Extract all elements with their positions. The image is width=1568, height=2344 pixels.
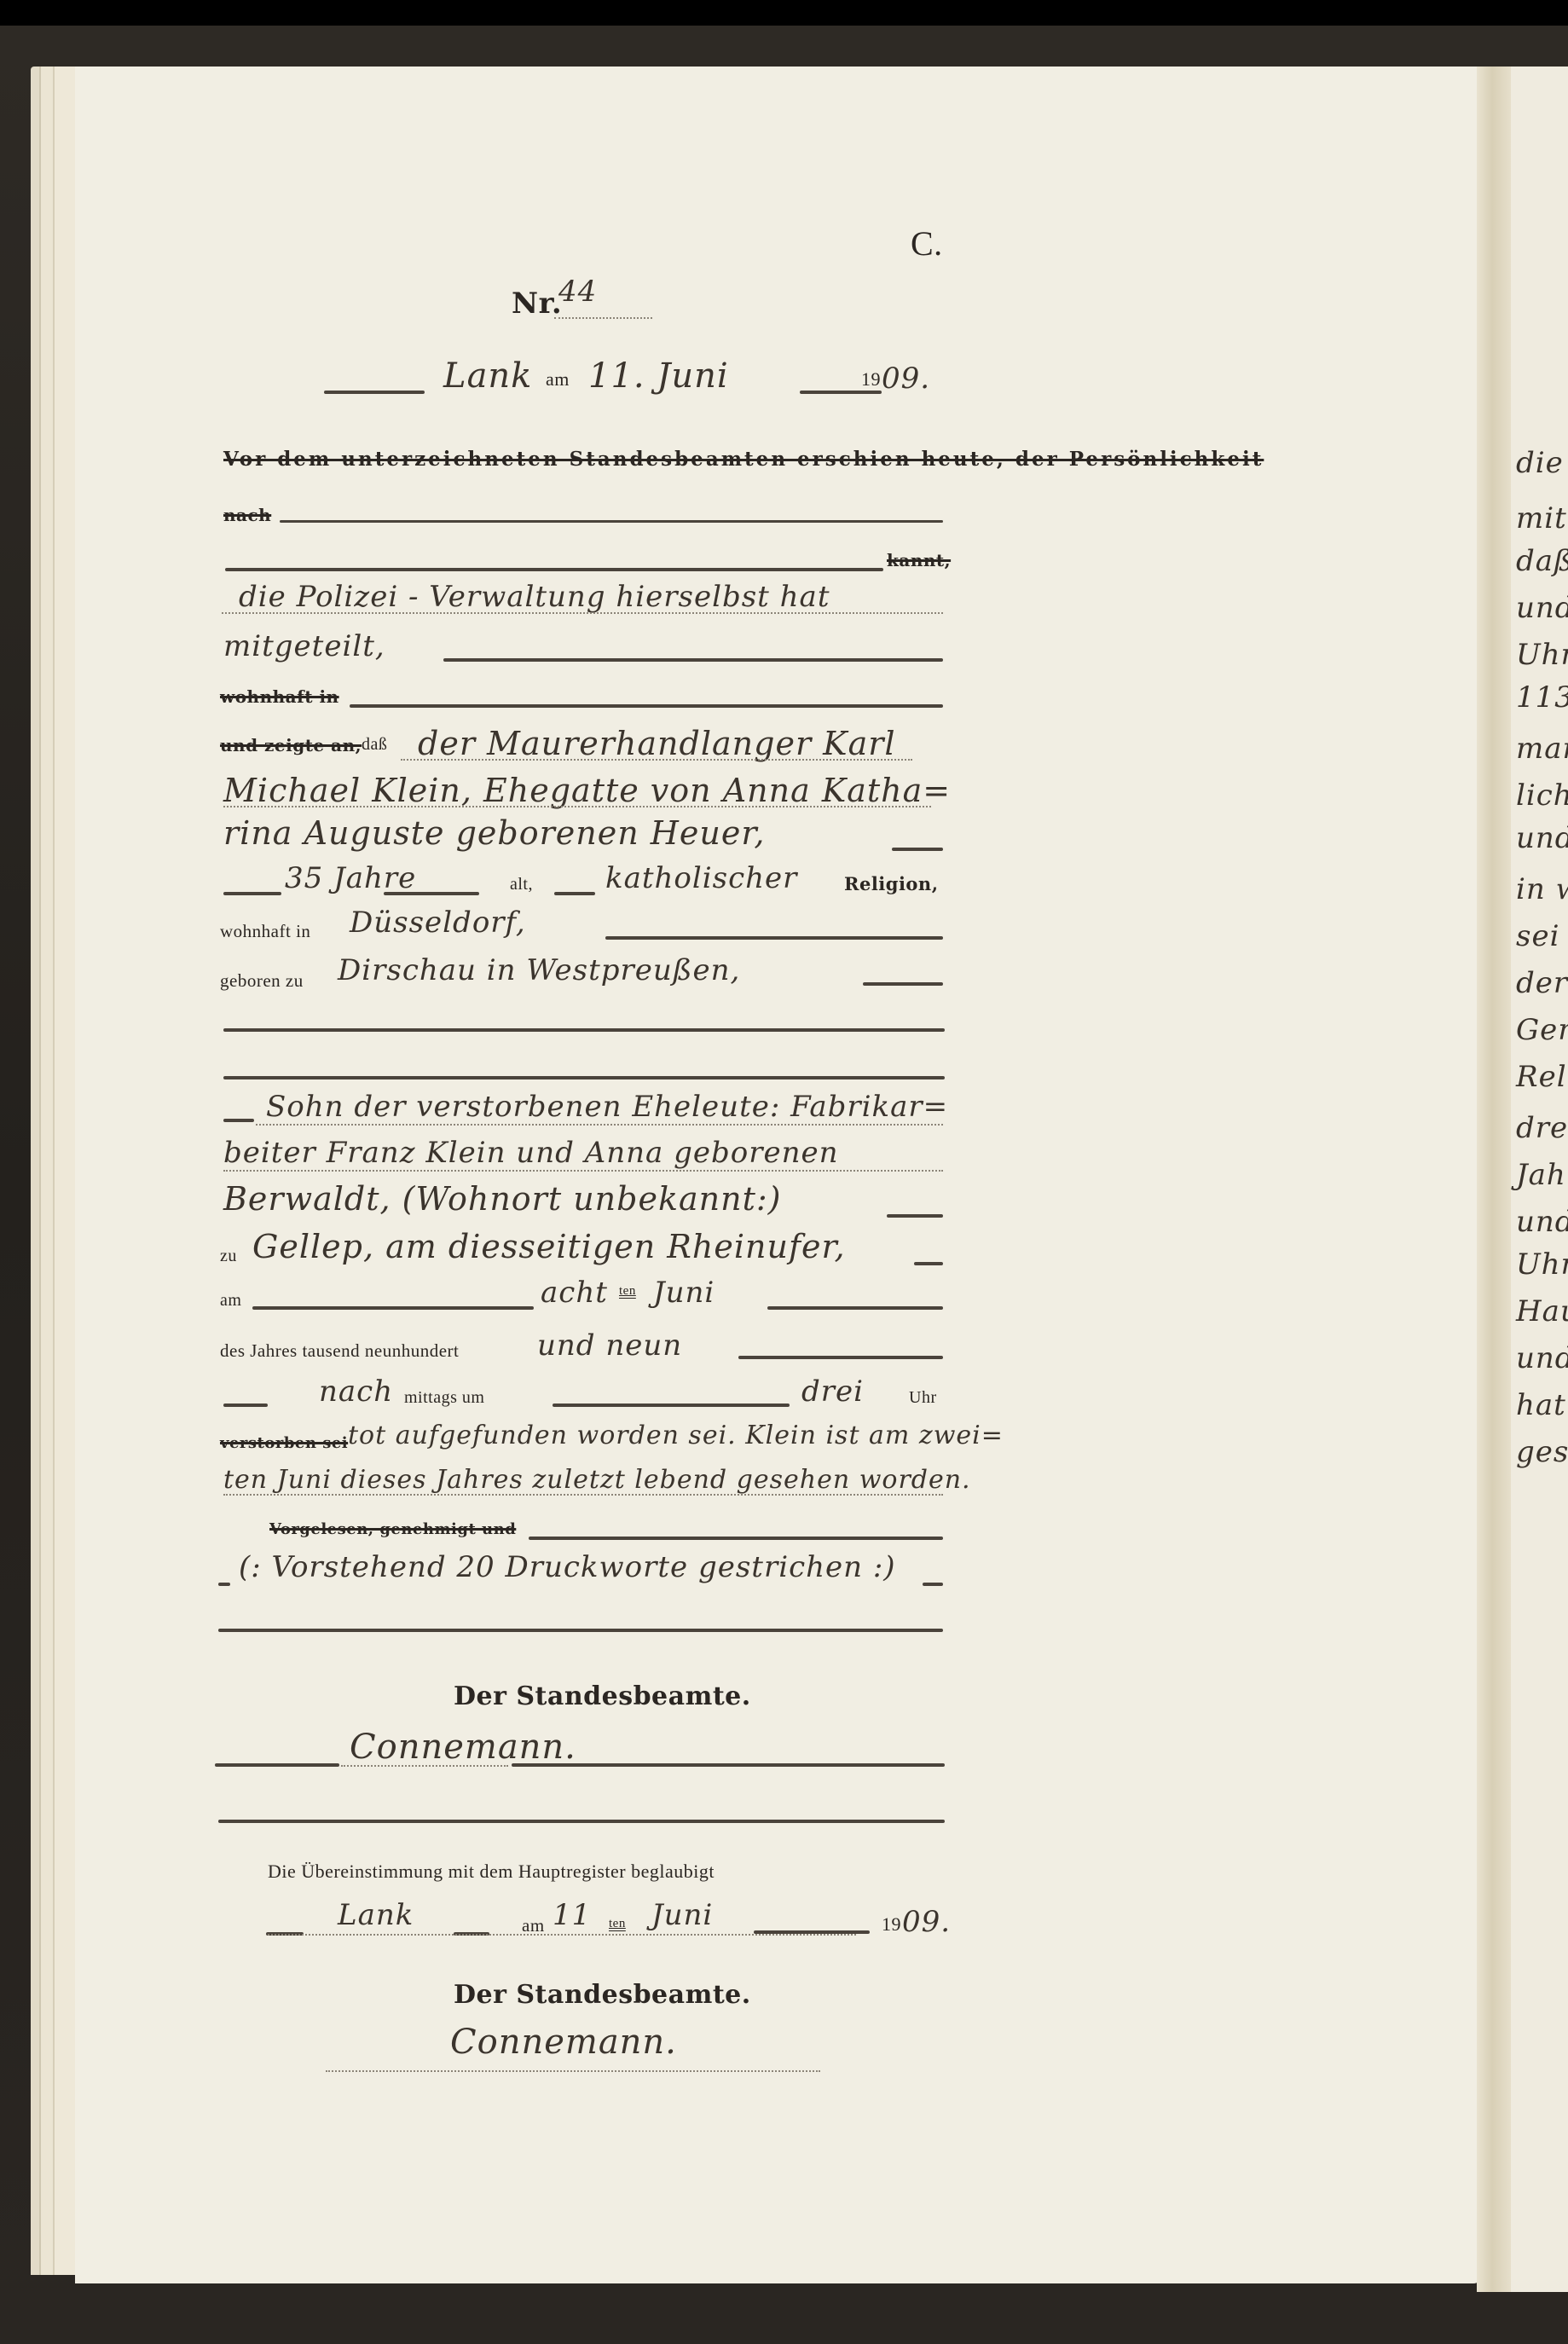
fill-rule bbox=[218, 1629, 943, 1632]
parents-line-1: Sohn der verstorbenen Eheleute: Fabrikar… bbox=[266, 1090, 948, 1124]
residence-value: Düsseldorf, bbox=[350, 906, 526, 940]
fill-rule bbox=[218, 1820, 945, 1823]
facing-line: der m bbox=[1516, 966, 1568, 1000]
page-edges bbox=[31, 67, 78, 2275]
facing-line: und bbox=[1516, 821, 1568, 855]
fill-rule bbox=[324, 391, 425, 394]
hour-value: drei bbox=[801, 1375, 864, 1409]
facing-line: Uhr bbox=[1516, 1247, 1568, 1282]
dotted-line bbox=[222, 612, 943, 614]
dotted-line bbox=[256, 1124, 943, 1126]
dass-label: daß bbox=[362, 735, 387, 755]
fill-rule bbox=[554, 892, 595, 895]
date-value: 11. Juni bbox=[588, 356, 729, 396]
jahres-label: des Jahres tausend neunhundert bbox=[220, 1340, 459, 1362]
fill-rule bbox=[218, 1583, 230, 1586]
verstorben-struck: verstorben sei bbox=[220, 1434, 348, 1452]
section-letter: C. bbox=[911, 223, 943, 263]
fill-rule bbox=[738, 1356, 943, 1359]
informant-line-2: mitgeteilt, bbox=[223, 629, 385, 663]
dotted-line bbox=[223, 1494, 943, 1496]
facing-line: drei bbox=[1516, 1111, 1568, 1145]
facing-line: in w bbox=[1516, 872, 1568, 906]
fill-rule bbox=[350, 704, 943, 708]
fill-rule bbox=[923, 1583, 943, 1586]
fill-rule bbox=[384, 892, 479, 895]
facing-line: mann bbox=[1516, 732, 1568, 766]
fill-rule bbox=[553, 1404, 790, 1407]
register-page bbox=[75, 67, 1482, 2283]
fill-rule bbox=[512, 1763, 945, 1767]
uhr-label: Uhr bbox=[909, 1388, 937, 1408]
cert-year-suffix: 09. bbox=[902, 1905, 951, 1939]
kannt-label: kannt, bbox=[887, 550, 951, 570]
year-suffix: 09. bbox=[882, 362, 930, 396]
wohnhaft-struck: wohnhaft in bbox=[220, 686, 339, 707]
facing-page: die Po mitge daß d und Uhr in 113 z mann… bbox=[1511, 67, 1568, 2292]
fill-rule bbox=[252, 1306, 534, 1310]
fill-rule bbox=[892, 848, 943, 851]
facing-line: daß d bbox=[1516, 544, 1568, 578]
year-prefix: 19 bbox=[861, 368, 881, 391]
deceased-line-3: rina Auguste geborenen Heuer, bbox=[223, 814, 765, 852]
registrar-heading: Der Standesbeamte. bbox=[454, 1681, 751, 1711]
facing-line: und bbox=[1516, 1341, 1568, 1375]
fill-rule bbox=[754, 1930, 870, 1934]
ten-label: ten bbox=[619, 1284, 636, 1299]
facing-line: sei w bbox=[1516, 919, 1568, 953]
facing-line: Jahre bbox=[1516, 1158, 1568, 1192]
fill-rule bbox=[863, 982, 943, 986]
number-dotted-line bbox=[554, 317, 652, 319]
fill-rule bbox=[215, 1763, 339, 1767]
place-value: Lank bbox=[443, 356, 532, 396]
fill-rule bbox=[223, 1119, 254, 1122]
number-label: Nr. bbox=[512, 286, 562, 321]
facing-line: Gertr bbox=[1516, 1013, 1568, 1047]
fill-rule bbox=[443, 658, 943, 662]
facing-line: hat.( bbox=[1516, 1388, 1568, 1422]
fill-rule bbox=[225, 568, 883, 571]
age-value: 35 Jahre bbox=[285, 861, 416, 895]
cert-ten: ten bbox=[609, 1917, 626, 1931]
fill-rule bbox=[223, 892, 281, 895]
facing-line: 113 z bbox=[1516, 680, 1568, 715]
struck-intro: Vor dem unterzeichneten Standesbeamten e… bbox=[223, 448, 1264, 471]
facing-line: Uhr in bbox=[1516, 638, 1568, 672]
year-words-value: und neun bbox=[537, 1328, 682, 1363]
facing-line: und bbox=[1516, 591, 1568, 625]
wohnhaft-label: wohnhaft in bbox=[220, 921, 310, 942]
fill-rule bbox=[280, 520, 943, 523]
facing-line: mitge bbox=[1516, 501, 1568, 535]
zeigte-an-struck: und zeigte an, bbox=[220, 735, 362, 755]
geboren-label: geboren zu bbox=[220, 970, 304, 992]
dotted-line bbox=[341, 1765, 508, 1767]
dotted-line bbox=[268, 1934, 856, 1936]
fill-rule bbox=[800, 391, 882, 394]
vorgelesen-struck: Vorgelesen, genehmigt und bbox=[269, 1520, 516, 1538]
dotted-line bbox=[223, 1170, 943, 1172]
mittags-prefix-value: nach bbox=[319, 1375, 393, 1409]
death-place-value: Gellep, am diesseitigen Rheinufer, bbox=[252, 1228, 846, 1265]
facing-line: Relig bbox=[1516, 1060, 1568, 1094]
dotted-line bbox=[223, 806, 931, 807]
alt-label: alt, bbox=[510, 875, 533, 894]
fill-rule bbox=[767, 1306, 943, 1310]
parents-line-3: Berwaldt, (Wohnort unbekannt:) bbox=[223, 1180, 781, 1218]
death-month-value: Juni bbox=[653, 1276, 715, 1310]
mittags-label: mittags um bbox=[404, 1388, 484, 1408]
title-bar: /Abt_Rheinland/PA_3103/~185/18566/R_PA_3… bbox=[0, 0, 1568, 26]
cert-place: Lank bbox=[338, 1898, 414, 1932]
fill-rule bbox=[914, 1262, 943, 1265]
cert-year-prefix: 19 bbox=[882, 1913, 901, 1936]
cert-day: 11 bbox=[553, 1898, 591, 1932]
dotted-line bbox=[401, 759, 912, 761]
facing-line: die Po bbox=[1516, 446, 1568, 480]
religion-label: Religion, bbox=[844, 873, 939, 894]
parents-line-2: beiter Franz Klein und Anna geborenen bbox=[223, 1136, 839, 1170]
fill-rule bbox=[529, 1537, 943, 1540]
fill-rule bbox=[887, 1214, 943, 1218]
deceased-line-1: der Maurerhandlanger Karl bbox=[418, 725, 896, 762]
found-line-1: tot aufgefunden worden sei. Klein ist am… bbox=[348, 1421, 1004, 1450]
zu-label: zu bbox=[220, 1247, 237, 1266]
facing-line: gestr bbox=[1516, 1435, 1568, 1469]
registrar-heading-2: Der Standesbeamte. bbox=[454, 1980, 751, 2010]
birthplace-value: Dirschau in Westpreußen, bbox=[338, 953, 740, 987]
informant-line-1: die Polizei - Verwaltung hierselbst hat bbox=[239, 580, 830, 614]
death-day-value: acht bbox=[541, 1276, 608, 1310]
fill-rule bbox=[223, 1404, 268, 1407]
record-number: 44 bbox=[558, 275, 597, 309]
am-label: am bbox=[546, 368, 570, 391]
fill-rule bbox=[605, 936, 943, 940]
nach-label: nach bbox=[223, 505, 271, 525]
cert-month: Juni bbox=[651, 1898, 713, 1932]
fill-rule bbox=[223, 1028, 945, 1032]
religion-value: katholischer bbox=[605, 861, 797, 895]
book-gutter bbox=[1477, 67, 1511, 2292]
facing-line: und bbox=[1516, 1205, 1568, 1239]
certification-text: Die Übereinstimmung mit dem Hauptregiste… bbox=[268, 1861, 715, 1883]
registrar-signature: Connemann. bbox=[350, 1728, 576, 1767]
facing-line: lichen bbox=[1516, 778, 1568, 813]
note-value: (: Vorstehend 20 Druckworte gestrichen :… bbox=[239, 1550, 896, 1584]
deceased-line-2: Michael Klein, Ehegatte von Anna Katha= bbox=[223, 772, 951, 809]
signature-dotted-line bbox=[326, 2070, 820, 2072]
facing-line: Haus bbox=[1516, 1294, 1568, 1328]
found-line-2: ten Juni dieses Jahres zuletzt lebend ge… bbox=[223, 1465, 971, 1495]
fill-rule bbox=[223, 1076, 945, 1079]
am-label: am bbox=[220, 1291, 241, 1311]
registrar-signature-2: Connemann. bbox=[450, 2023, 677, 2062]
